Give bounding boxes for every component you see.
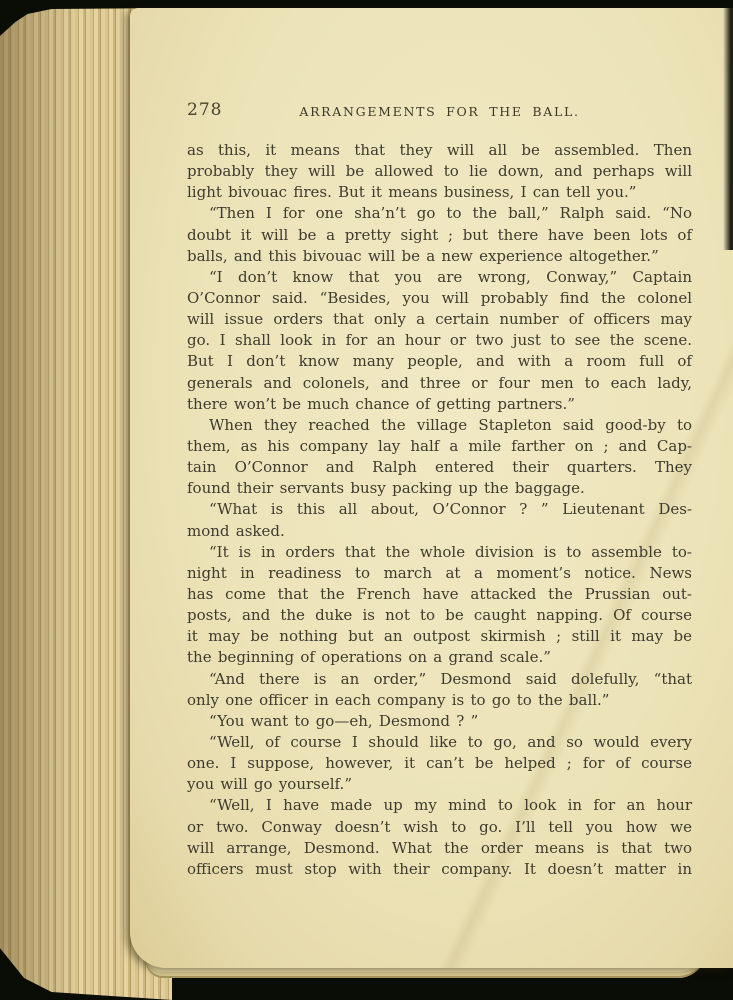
text-line: one. I suppose, however, it can’t be hel… <box>187 753 692 774</box>
text-line: tain O’Connor and Ralph entered their qu… <box>187 457 692 478</box>
text-line: will arrange, Desmond. What the order me… <box>187 838 692 859</box>
page-corner-shadow <box>723 0 733 250</box>
text-line: light bivouac fires. But it means busine… <box>187 182 692 203</box>
text-line: you will go yourself.” <box>187 774 692 795</box>
text-line: as this, it means that they will all be … <box>187 140 692 161</box>
text-line: has come that the French have attacked t… <box>187 584 692 605</box>
running-title: ARRANGEMENTS FOR THE BALL. <box>187 104 692 119</box>
text-line: “What is this all about, O’Connor ? ” Li… <box>187 499 692 520</box>
text-line: generals and colonels, and three or four… <box>187 373 692 394</box>
text-line: When they reached the village Stapleton … <box>187 415 692 436</box>
text-line: officers must stop with their company. I… <box>187 859 692 880</box>
body-text: as this, it means that they will all be … <box>187 140 692 880</box>
text-line: it may be nothing but an outpost skirmis… <box>187 626 692 647</box>
text-line: the beginning of operations on a grand s… <box>187 647 692 668</box>
text-line: “And there is an order,” Desmond said do… <box>187 669 692 690</box>
text-line: there won’t be much chance of getting pa… <box>187 394 692 415</box>
text-line: mond asked. <box>187 521 692 542</box>
text-line: only one officer in each company is to g… <box>187 690 692 711</box>
text-line: or two. Conway doesn’t wish to go. I’ll … <box>187 817 692 838</box>
text-line: “You want to go—eh, Desmond ? ” <box>187 711 692 732</box>
text-line: doubt it will be a pretty sight ; but th… <box>187 225 692 246</box>
text-line: “Then I for one sha’n’t go to the ball,”… <box>187 203 692 224</box>
page-header: 278 ARRANGEMENTS FOR THE BALL. <box>187 100 692 140</box>
text-line: “It is in orders that the whole division… <box>187 542 692 563</box>
text-line: will issue orders that only a certain nu… <box>187 309 692 330</box>
text-line: “Well, I have made up my mind to look in… <box>187 795 692 816</box>
text-line: But I don’t know many people, and with a… <box>187 351 692 372</box>
text-column: 278 ARRANGEMENTS FOR THE BALL. as this, … <box>187 100 692 880</box>
text-line: night in readiness to march at a moment’… <box>187 563 692 584</box>
text-line: O’Connor said. “Besides, you will probab… <box>187 288 692 309</box>
text-line: probably they will be allowed to lie dow… <box>187 161 692 182</box>
text-line: go. I shall look in for an hour or two j… <box>187 330 692 351</box>
text-line: posts, and the duke is not to be caught … <box>187 605 692 626</box>
text-line: found their servants busy packing up the… <box>187 478 692 499</box>
book-scan: 278 ARRANGEMENTS FOR THE BALL. as this, … <box>0 0 733 1000</box>
text-line: them, as his company lay half a mile far… <box>187 436 692 457</box>
text-line: “I don’t know that you are wrong, Conway… <box>187 267 692 288</box>
text-line: “Well, of course I should like to go, an… <box>187 732 692 753</box>
text-line: balls, and this bivouac will be a new ex… <box>187 246 692 267</box>
